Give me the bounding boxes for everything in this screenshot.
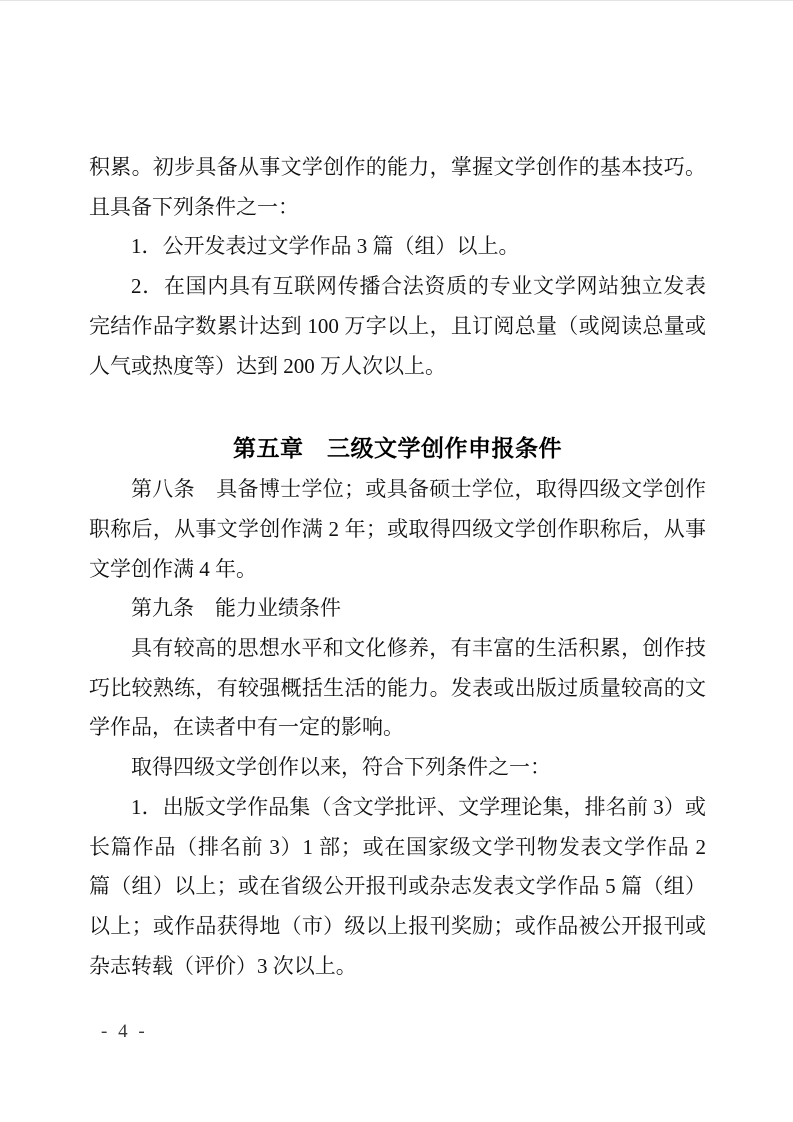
ability-requirements-paragraph: 具有较高的思想水平和文化修养，有丰富的生活积累，创作技巧比较熟练，有较强概括生活… (89, 629, 706, 748)
article-8-paragraph: 第八条 具备博士学位；或具备硕士学位，取得四级文学创作职称后，从事文学创作满 2… (89, 470, 706, 589)
chapter-heading: 第五章 三级文学创作申报条件 (89, 428, 706, 468)
article-9-title-paragraph: 第九条 能力业绩条件 (89, 589, 706, 629)
conditions-intro-paragraph: 取得四级文学创作以来，符合下列条件之一： (89, 748, 706, 788)
list-item-2: 2．在国内具有互联网传播合法资质的专业文学网站独立发表完结作品字数累计达到 10… (89, 267, 706, 386)
list-item-1: 1．公开发表过文学作品 3 篇（组）以上。 (89, 227, 706, 267)
document-body: 积累。初步具备从事文学创作的能力，掌握文学创作的基本技巧。且具备下列条件之一： … (89, 148, 706, 986)
paragraph-continuation: 积累。初步具备从事文学创作的能力，掌握文学创作的基本技巧。且具备下列条件之一： (89, 148, 706, 227)
document-page: 积累。初步具备从事文学创作的能力，掌握文学创作的基本技巧。且具备下列条件之一： … (0, 0, 793, 1122)
condition-item-1: 1．出版文学作品集（含文学批评、文学理论集，排名前 3）或长篇作品（排名前 3）… (89, 788, 706, 987)
page-number: - 4 - (101, 1020, 148, 1044)
